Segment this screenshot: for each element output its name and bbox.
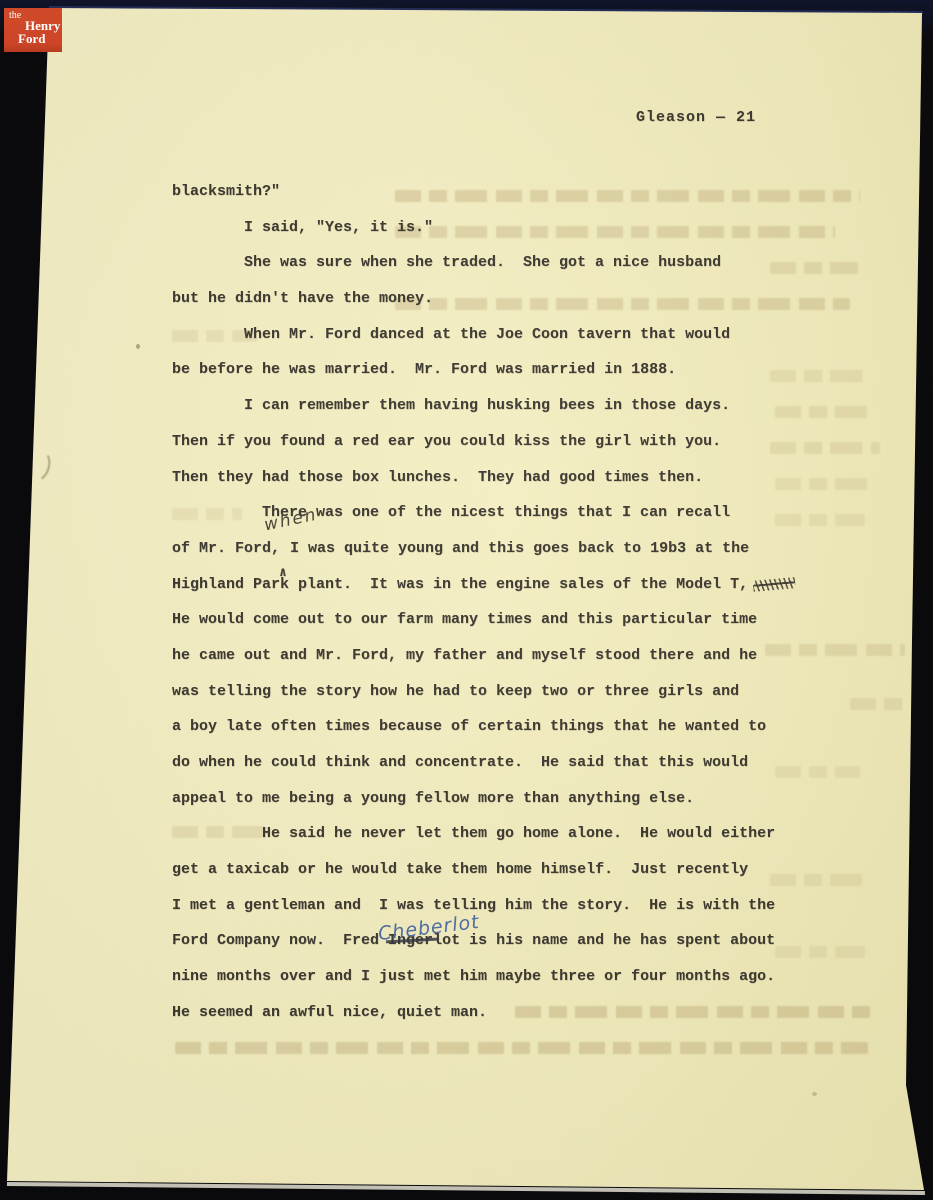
typed-line: be before he was married. Mr. Ford was m… xyxy=(172,352,812,388)
line-text: do when he could think and concentrate. … xyxy=(172,754,748,771)
line-text: I said, "Yes, it is." xyxy=(244,219,433,236)
typed-line: nine months over and I just met him mayb… xyxy=(172,959,812,995)
line-text: a boy late often times because of certai… xyxy=(172,718,766,735)
typed-line-with-scribble: Highland Park plant. It was in the engin… xyxy=(172,567,812,603)
line-text: Then if you found a red ear you could ki… xyxy=(172,433,721,450)
typed-line: He seemed an awful nice, quiet man. xyxy=(172,995,812,1031)
line-text: get a taxicab or he would take them home… xyxy=(172,861,748,878)
line-text: I was quite young and this goes back to … xyxy=(290,540,749,557)
line-text: Ford Company now. Fred xyxy=(172,932,388,949)
paper-crease xyxy=(20,445,54,485)
henry-ford-logo: the Henry Ford xyxy=(4,8,62,52)
strikeout-scribble xyxy=(753,577,796,592)
line-text: He said he never let them go home alone.… xyxy=(262,825,775,842)
typed-line: appeal to me being a young fellow more t… xyxy=(172,781,812,817)
line-text: of Mr. Ford, xyxy=(172,540,280,557)
typed-line: I said, "Yes, it is." xyxy=(172,210,812,246)
line-text: I can remember them having husking bees … xyxy=(244,397,730,414)
line-text: appeal to me being a young fellow more t… xyxy=(172,790,694,807)
paper-speck xyxy=(812,1092,817,1096)
typed-line: was telling the story how he had to keep… xyxy=(172,674,812,710)
insertion-point: when∧ xyxy=(280,542,290,552)
line-text: blacksmith?" xyxy=(172,183,280,200)
line-text: When Mr. Ford danced at the Joe Coon tav… xyxy=(244,326,730,343)
line-text: but he didn't have the money. xyxy=(172,290,433,307)
typed-line: Then they had those box lunches. They ha… xyxy=(172,460,812,496)
page-header: Gleason — 21 xyxy=(636,109,756,126)
typed-line: He said he never let them go home alone.… xyxy=(172,816,812,852)
typed-line-with-insertion: of Mr. Ford,when∧I was quite young and t… xyxy=(172,531,812,567)
typed-line: When Mr. Ford danced at the Joe Coon tav… xyxy=(172,317,812,353)
typed-line: I met a gentleman and I was telling him … xyxy=(172,888,812,924)
typed-line: do when he could think and concentrate. … xyxy=(172,745,812,781)
typed-line: but he didn't have the money. xyxy=(172,281,812,317)
struck-word-wrap: IngerCheberlot xyxy=(388,923,433,959)
typed-line: She was sure when she traded. She got a … xyxy=(172,245,812,281)
line-text: he came out and Mr. Ford, my father and … xyxy=(172,647,757,664)
document-paper: Gleason — 21 blacksmith?" I said, "Yes, … xyxy=(0,0,933,1200)
line-text: Highland Park plant. It was in the engin… xyxy=(172,576,748,593)
line-text: nine months over and I just met him mayb… xyxy=(172,968,775,985)
photo-background: Gleason — 21 blacksmith?" I said, "Yes, … xyxy=(0,0,933,1200)
logo-text-ford: Ford xyxy=(18,31,45,47)
typed-line: get a taxicab or he would take them home… xyxy=(172,852,812,888)
typed-line: he came out and Mr. Ford, my father and … xyxy=(172,638,812,674)
typed-line: I can remember them having husking bees … xyxy=(172,388,812,424)
insertion-caret: ∧ xyxy=(279,555,287,591)
paper-speck xyxy=(136,344,140,349)
line-text: Then they had those box lunches. They ha… xyxy=(172,469,703,486)
line-text: be before he was married. Mr. Ford was m… xyxy=(172,361,676,378)
typed-line: Then if you found a red ear you could ki… xyxy=(172,424,812,460)
line-text: He seemed an awful nice, quiet man. xyxy=(172,1004,487,1021)
line-text: She was sure when she traded. She got a … xyxy=(244,254,721,271)
line-text: lot is his name and he has spent about xyxy=(433,932,775,949)
bleedthrough-text-ghost xyxy=(175,1042,868,1054)
line-text: was telling the story how he had to keep… xyxy=(172,683,739,700)
bleedthrough-text-ghost xyxy=(850,698,910,710)
line-text: He would come out to our farm many times… xyxy=(172,611,757,628)
logo-text-the: the xyxy=(9,10,21,21)
line-text: There was one of the nicest things that … xyxy=(262,504,730,521)
typed-line: He would come out to our farm many times… xyxy=(172,602,812,638)
typed-text-block: blacksmith?" I said, "Yes, it is." She w… xyxy=(172,174,812,1031)
typed-line: a boy late often times because of certai… xyxy=(172,709,812,745)
typed-line-with-correction: Ford Company now. Fred IngerCheberlotlot… xyxy=(172,923,812,959)
typed-line: blacksmith?" xyxy=(172,174,812,210)
